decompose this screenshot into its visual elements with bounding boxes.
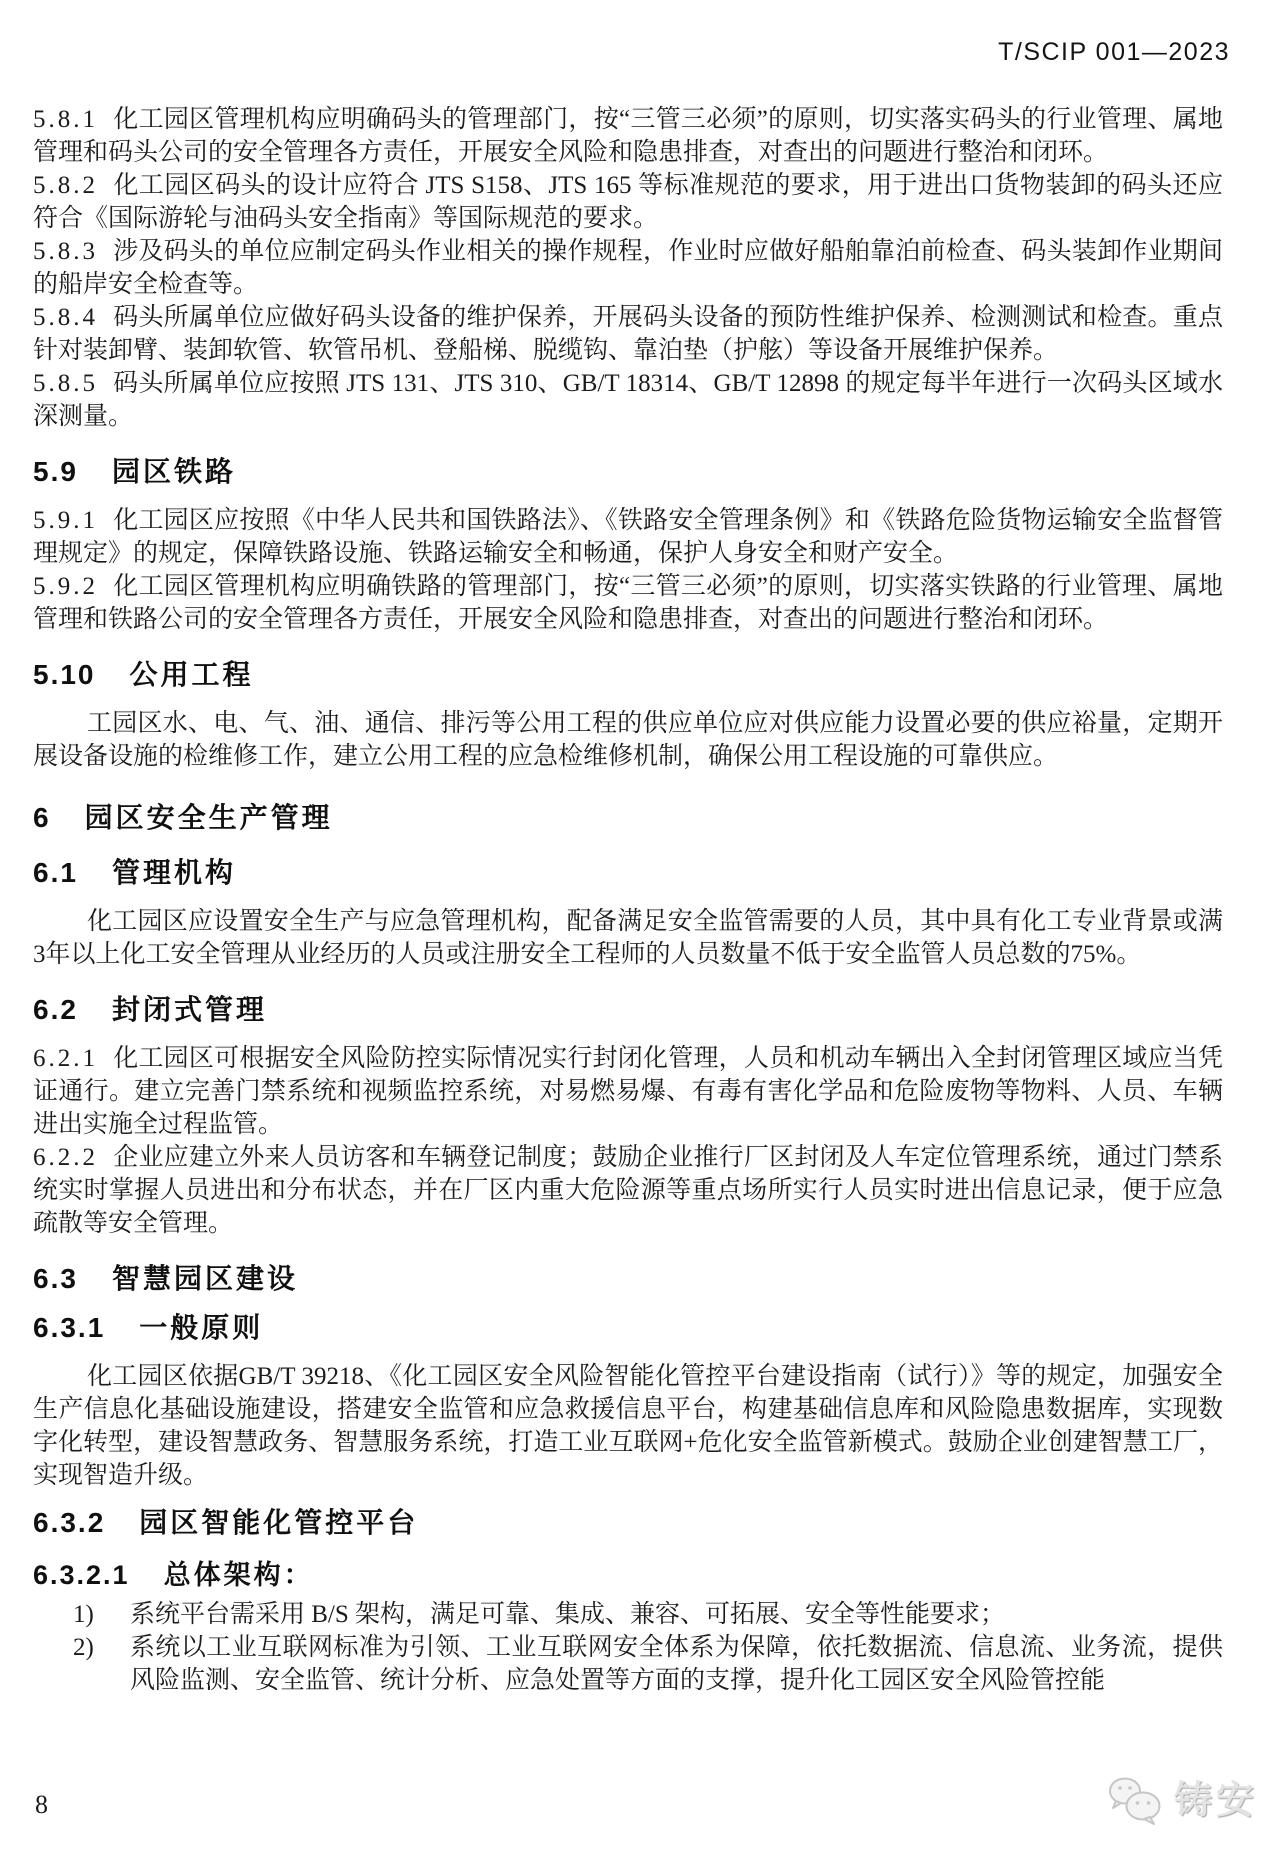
paragraph-smart-general: 化工园区依据GB/T 39218、《化工园区安全风险智能化管控平台建设指南（试行… [33,1360,1223,1492]
clause-5-8-3: 5.8.3涉及码头的单位应制定码头作业相关的操作规程，作业时应做好船舶靠泊前检查… [33,235,1223,301]
clause-5-9-1: 5.9.1化工园区应按照《中华人民共和国铁路法》、《铁路安全管理条例》和《铁路危… [33,504,1223,570]
section-number: 5.9 [33,456,112,487]
subsection-heading-6-3-2: 6.3.2园区智能化管控平台 [33,1506,1223,1539]
clause-number: 5.9.2 [33,573,113,600]
clause-5-8-2: 5.8.2化工园区码头的设计应符合 JTS S158、JTS 165 等标准规范… [33,169,1223,235]
clause-number: 5.8.3 [33,238,113,265]
watermark-text: 铸安 [1174,1782,1258,1820]
subsection-title: 一般原则 [139,1312,263,1343]
subsection-title: 总体架构： [164,1560,314,1590]
page-number: 8 [35,1790,48,1820]
clause-text: 化工园区码头的设计应符合 JTS S158、JTS 165 等标准规范的要求，用… [33,172,1223,232]
clause-5-8-4: 5.8.4码头所属单位应做好码头设备的维护保养，开展码头设备的预防性维护保养、检… [33,301,1223,367]
chapter-heading-6: 6园区安全生产管理 [33,801,1223,834]
chapter-number: 6 [33,802,85,833]
list-item-2: 2)系统以工业互联网标准为引领、工业互联网安全体系为保障，依托数据流、信息流、业… [33,1631,1223,1697]
section-title: 封闭式管理 [112,994,267,1025]
clause-text: 化工园区可根据安全风险防控实际情况实行封闭化管理，人员和机动车辆出入全封闭管理区… [33,1045,1223,1138]
clause-number: 5.9.1 [33,507,113,534]
section-title: 公用工程 [130,659,254,690]
list-item-marker: 1) [73,1598,94,1631]
subsection-number: 6.3.2.1 [33,1560,164,1590]
list-item-1: 1)系统平台需采用 B/S 架构，满足可靠、集成、兼容、可拓展、安全等性能要求； [33,1598,1223,1631]
section-number: 6.2 [33,994,112,1025]
section-heading-5-9: 5.9园区铁路 [33,455,1223,488]
clause-5-8-5: 5.8.5码头所属单位应按照 JTS 131、JTS 310、GB/T 1831… [33,367,1223,433]
clause-number: 6.2.2 [33,1144,113,1171]
wechat-icon [1106,1776,1164,1826]
subsection-heading-6-3-2-1: 6.3.2.1总体架构： [33,1559,1223,1592]
section-title: 智慧园区建设 [112,1263,298,1294]
paragraph-org: 化工园区应设置安全生产与应急管理机构，配备满足安全监管需要的人员，其中具有化工专… [33,905,1223,971]
section-number: 5.10 [33,659,130,690]
clause-6-2-1: 6.2.1化工园区可根据安全风险防控实际情况实行封闭化管理，人员和机动车辆出入全… [33,1042,1223,1141]
list-item-text: 系统以工业互联网标准为引领、工业互联网安全体系为保障，依托数据流、信息流、业务流… [130,1634,1223,1694]
clause-text: 化工园区应按照《中华人民共和国铁路法》、《铁路安全管理条例》和《铁路危险货物运输… [33,507,1223,567]
watermark: 铸安 [1106,1776,1258,1826]
section-title: 园区铁路 [112,456,236,487]
list-item-text: 系统平台需采用 B/S 架构，满足可靠、集成、兼容、可拓展、安全等性能要求； [130,1601,1005,1628]
clause-number: 5.8.4 [33,304,113,331]
clause-text: 企业应建立外来人员访客和车辆登记制度；鼓励企业推行厂区封闭及人车定位管理系统，通… [33,1144,1223,1237]
list-item-marker: 2) [73,1631,94,1664]
clause-6-2-2: 6.2.2企业应建立外来人员访客和车辆登记制度；鼓励企业推行厂区封闭及人车定位管… [33,1141,1223,1240]
clause-number: 5.8.1 [33,106,113,133]
document-body: 5.8.1化工园区管理机构应明确码头的管理部门，按“三管三必须”的原则，切实落实… [33,103,1223,1697]
subsection-title: 园区智能化管控平台 [139,1507,418,1538]
subsection-number: 6.3.2 [33,1507,139,1538]
clause-text: 化工园区管理机构应明确码头的管理部门，按“三管三必须”的原则，切实落实码头的行业… [33,106,1223,166]
section-heading-5-10: 5.10公用工程 [33,658,1223,691]
clause-5-9-2: 5.9.2化工园区管理机构应明确铁路的管理部门，按“三管三必须”的原则，切实落实… [33,570,1223,636]
document-page: T/SCIP 001—2023 5.8.1化工园区管理机构应明确码头的管理部门，… [0,0,1280,1863]
clause-text: 化工园区管理机构应明确铁路的管理部门，按“三管三必须”的原则，切实落实铁路的行业… [33,573,1223,633]
section-heading-6-2: 6.2封闭式管理 [33,993,1223,1026]
section-number: 6.3 [33,1263,112,1294]
clause-5-8-1: 5.8.1化工园区管理机构应明确码头的管理部门，按“三管三必须”的原则，切实落实… [33,103,1223,169]
clause-number: 5.8.5 [33,370,113,397]
chapter-title: 园区安全生产管理 [85,802,333,833]
document-code: T/SCIP 001—2023 [998,38,1230,67]
clause-text: 码头所属单位应按照 JTS 131、JTS 310、GB/T 18314、GB/… [33,370,1223,430]
section-heading-6-1: 6.1管理机构 [33,856,1223,889]
section-heading-6-3: 6.3智慧园区建设 [33,1262,1223,1295]
clause-text: 码头所属单位应做好码头设备的维护保养，开展码头设备的预防性维护保养、检测测试和检… [33,304,1223,364]
clause-text: 涉及码头的单位应制定码头作业相关的操作规程，作业时应做好船舶靠泊前检查、码头装卸… [33,238,1223,298]
paragraph-utilities: 工园区水、电、气、油、通信、排污等公用工程的供应单位应对供应能力设置必要的供应裕… [33,707,1223,773]
section-title: 管理机构 [112,857,236,888]
clause-number: 6.2.1 [33,1045,113,1072]
subsection-number: 6.3.1 [33,1312,139,1343]
section-number: 6.1 [33,857,112,888]
clause-number: 5.8.2 [33,172,113,199]
subsection-heading-6-3-1: 6.3.1一般原则 [33,1311,1223,1344]
